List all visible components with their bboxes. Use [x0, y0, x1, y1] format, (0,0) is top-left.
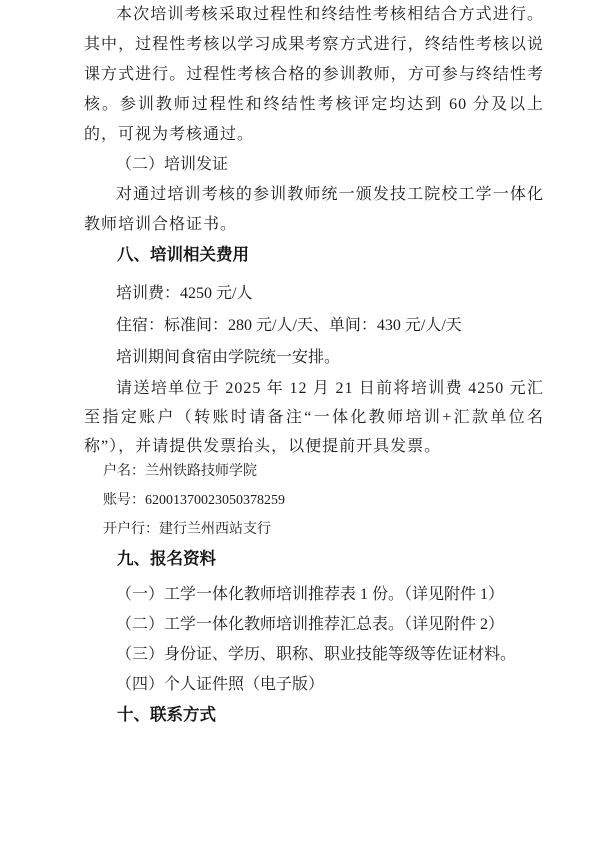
fee-line-lodging: 住宿：标准间：280 元/人/天、单间：430 元/人/天 — [84, 310, 544, 342]
bank-details-block: 户名：兰州铁路技师学院 账号：62001370023050378259 开户行：… — [84, 457, 544, 544]
document-content: 本次培训考核采取过程性和终结性考核相结合方式进行。其中，过程性考核以学习成果考察… — [84, 0, 544, 730]
heading-contact-info: 十、联系方式 — [84, 700, 544, 730]
subheading-cert-issuance: （二）培训发证 — [84, 150, 544, 180]
materials-list: （一）工学一体化教师培训推荐表 1 份。（详见附件 1） （二）工学一体化教师培… — [84, 580, 544, 700]
heading-registration-materials: 九、报名资料 — [84, 544, 544, 574]
paragraph-payment-instructions: 请送培单位于 2025 年 12 月 21 日前将培训费 4250 元汇至指定账… — [84, 374, 544, 461]
document-page: 本次培训考核采取过程性和终结性考核相结合方式进行。其中，过程性考核以学习成果考察… — [0, 0, 616, 861]
paragraph-assessment-method: 本次培训考核采取过程性和终结性考核相结合方式进行。其中，过程性考核以学习成果考察… — [84, 0, 544, 150]
material-item-4: （四）个人证件照（电子版） — [84, 670, 544, 700]
fee-line-meals: 培训期间食宿由学院统一安排。 — [84, 342, 544, 374]
bank-branch: 开户行：建行兰州西站支行 — [84, 515, 544, 544]
heading-training-fees: 八、培训相关费用 — [84, 240, 544, 270]
material-item-1: （一）工学一体化教师培训推荐表 1 份。（详见附件 1） — [84, 580, 544, 610]
bank-account-name: 户名：兰州铁路技师学院 — [84, 457, 544, 486]
paragraph-cert-issuance: 对通过培训考核的参训教师统一颁发技工院校工学一体化教师培训合格证书。 — [84, 180, 544, 240]
bank-account-number: 账号：62001370023050378259 — [84, 486, 544, 515]
material-item-3: （三）身份证、学历、职称、职业技能等级等佐证材料。 — [84, 640, 544, 670]
fee-line-training: 培训费：4250 元/人 — [84, 278, 544, 310]
material-item-2: （二）工学一体化教师培训推荐汇总表。（详见附件 2） — [84, 610, 544, 640]
fees-block: 培训费：4250 元/人 住宿：标准间：280 元/人/天、单间：430 元/人… — [84, 278, 544, 374]
